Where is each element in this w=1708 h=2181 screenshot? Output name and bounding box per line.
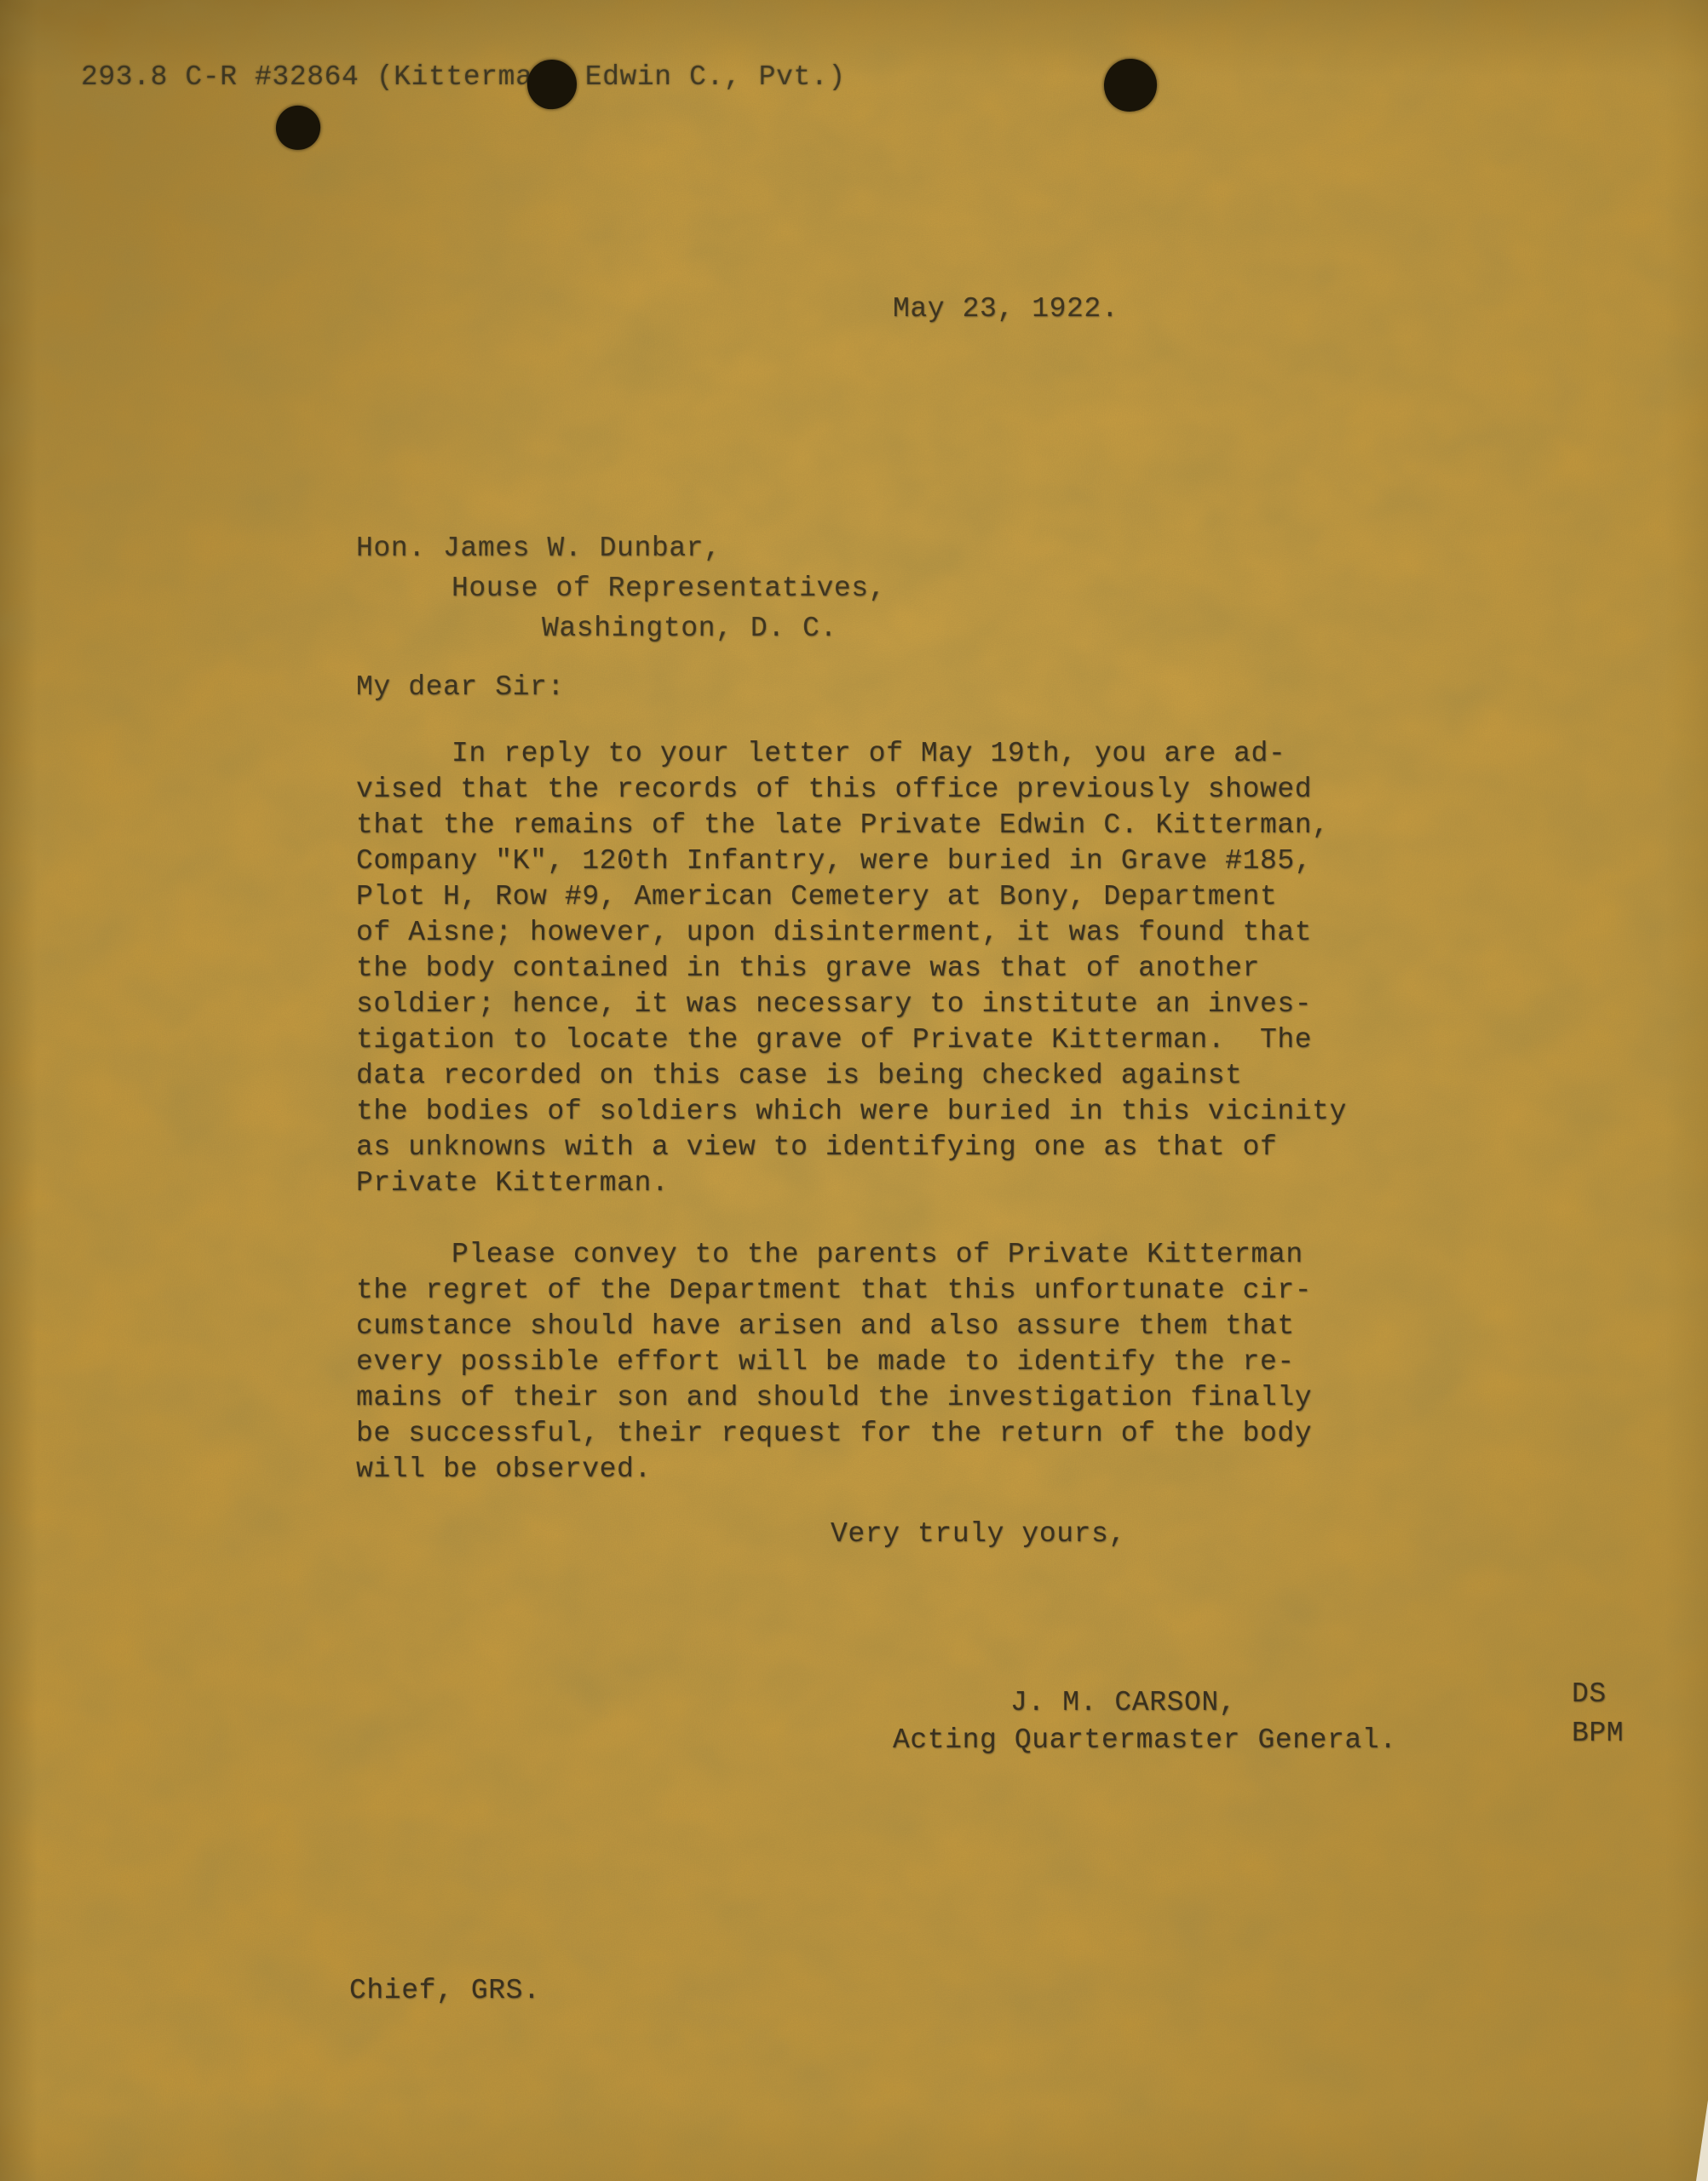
text-line: Plot H, Row #9, American Cemetery at Bon… [356, 879, 1370, 915]
text-line: mains of their son and should the invest… [356, 1380, 1370, 1416]
text-line: DS [1572, 1675, 1624, 1714]
signature-title: Acting Quartermaster General. [893, 1723, 1397, 1758]
text-line: be successful, their request for the ret… [356, 1416, 1370, 1452]
text-line: as unknowns with a view to identifying o… [356, 1130, 1370, 1165]
letter-date: May 23, 1922. [893, 291, 1119, 327]
text-line: Company "K", 120th Infantry, were buried… [356, 843, 1370, 879]
signature-name: J. M. CARSON, [1010, 1685, 1236, 1721]
clerk-initials: DSBPM [1572, 1675, 1624, 1753]
text-line: Hon. James W. Dunbar, [356, 528, 886, 568]
body-paragraph-1: In reply to your letter of May 19th, you… [356, 736, 1370, 1201]
page-corner-edge [1696, 2100, 1708, 2181]
punch-hole-left [272, 101, 325, 154]
text-line: BPM [1572, 1714, 1624, 1753]
text-line: will be observed. [356, 1452, 1370, 1488]
text-line: cumstance should have arisen and also as… [356, 1309, 1370, 1344]
text-line: the bodies of soldiers which were buried… [356, 1094, 1370, 1130]
text-line: of Aisne; however, upon disinterment, it… [356, 915, 1370, 951]
salutation: My dear Sir: [356, 670, 565, 705]
body-paragraph-2: Please convey to the parents of Private … [356, 1237, 1370, 1488]
text-line: Washington, D. C. [542, 608, 886, 648]
text-line: tigation to locate the grave of Private … [356, 1022, 1370, 1058]
complimentary-closing: Very truly yours, [831, 1516, 1126, 1552]
text-line: soldier; hence, it was necessary to inst… [356, 987, 1370, 1022]
text-line: Private Kitterman. [356, 1165, 1370, 1201]
file-reference: 293.8 C-R #32864 (Kitterman, Edwin C., P… [81, 60, 846, 95]
text-line: Please convey to the parents of Private … [356, 1237, 1370, 1273]
text-line: In reply to your letter of May 19th, you… [356, 736, 1370, 772]
text-line: every possible effort will be made to id… [356, 1344, 1370, 1380]
letter-page: 293.8 C-R #32864 (Kitterman, Edwin C., P… [0, 0, 1708, 2181]
text-line: that the remains of the late Private Edw… [356, 808, 1370, 843]
office-reference: Chief, GRS. [349, 1973, 540, 2009]
text-line: data recorded on this case is being chec… [356, 1058, 1370, 1094]
text-line: vised that the records of this office pr… [356, 772, 1370, 808]
recipient-address: Hon. James W. Dunbar,House of Representa… [356, 528, 886, 648]
text-line: the regret of the Department that this u… [356, 1273, 1370, 1309]
punch-hole-right [1102, 57, 1159, 113]
text-line: House of Representatives, [451, 568, 886, 608]
text-line: the body contained in this grave was tha… [356, 951, 1370, 987]
